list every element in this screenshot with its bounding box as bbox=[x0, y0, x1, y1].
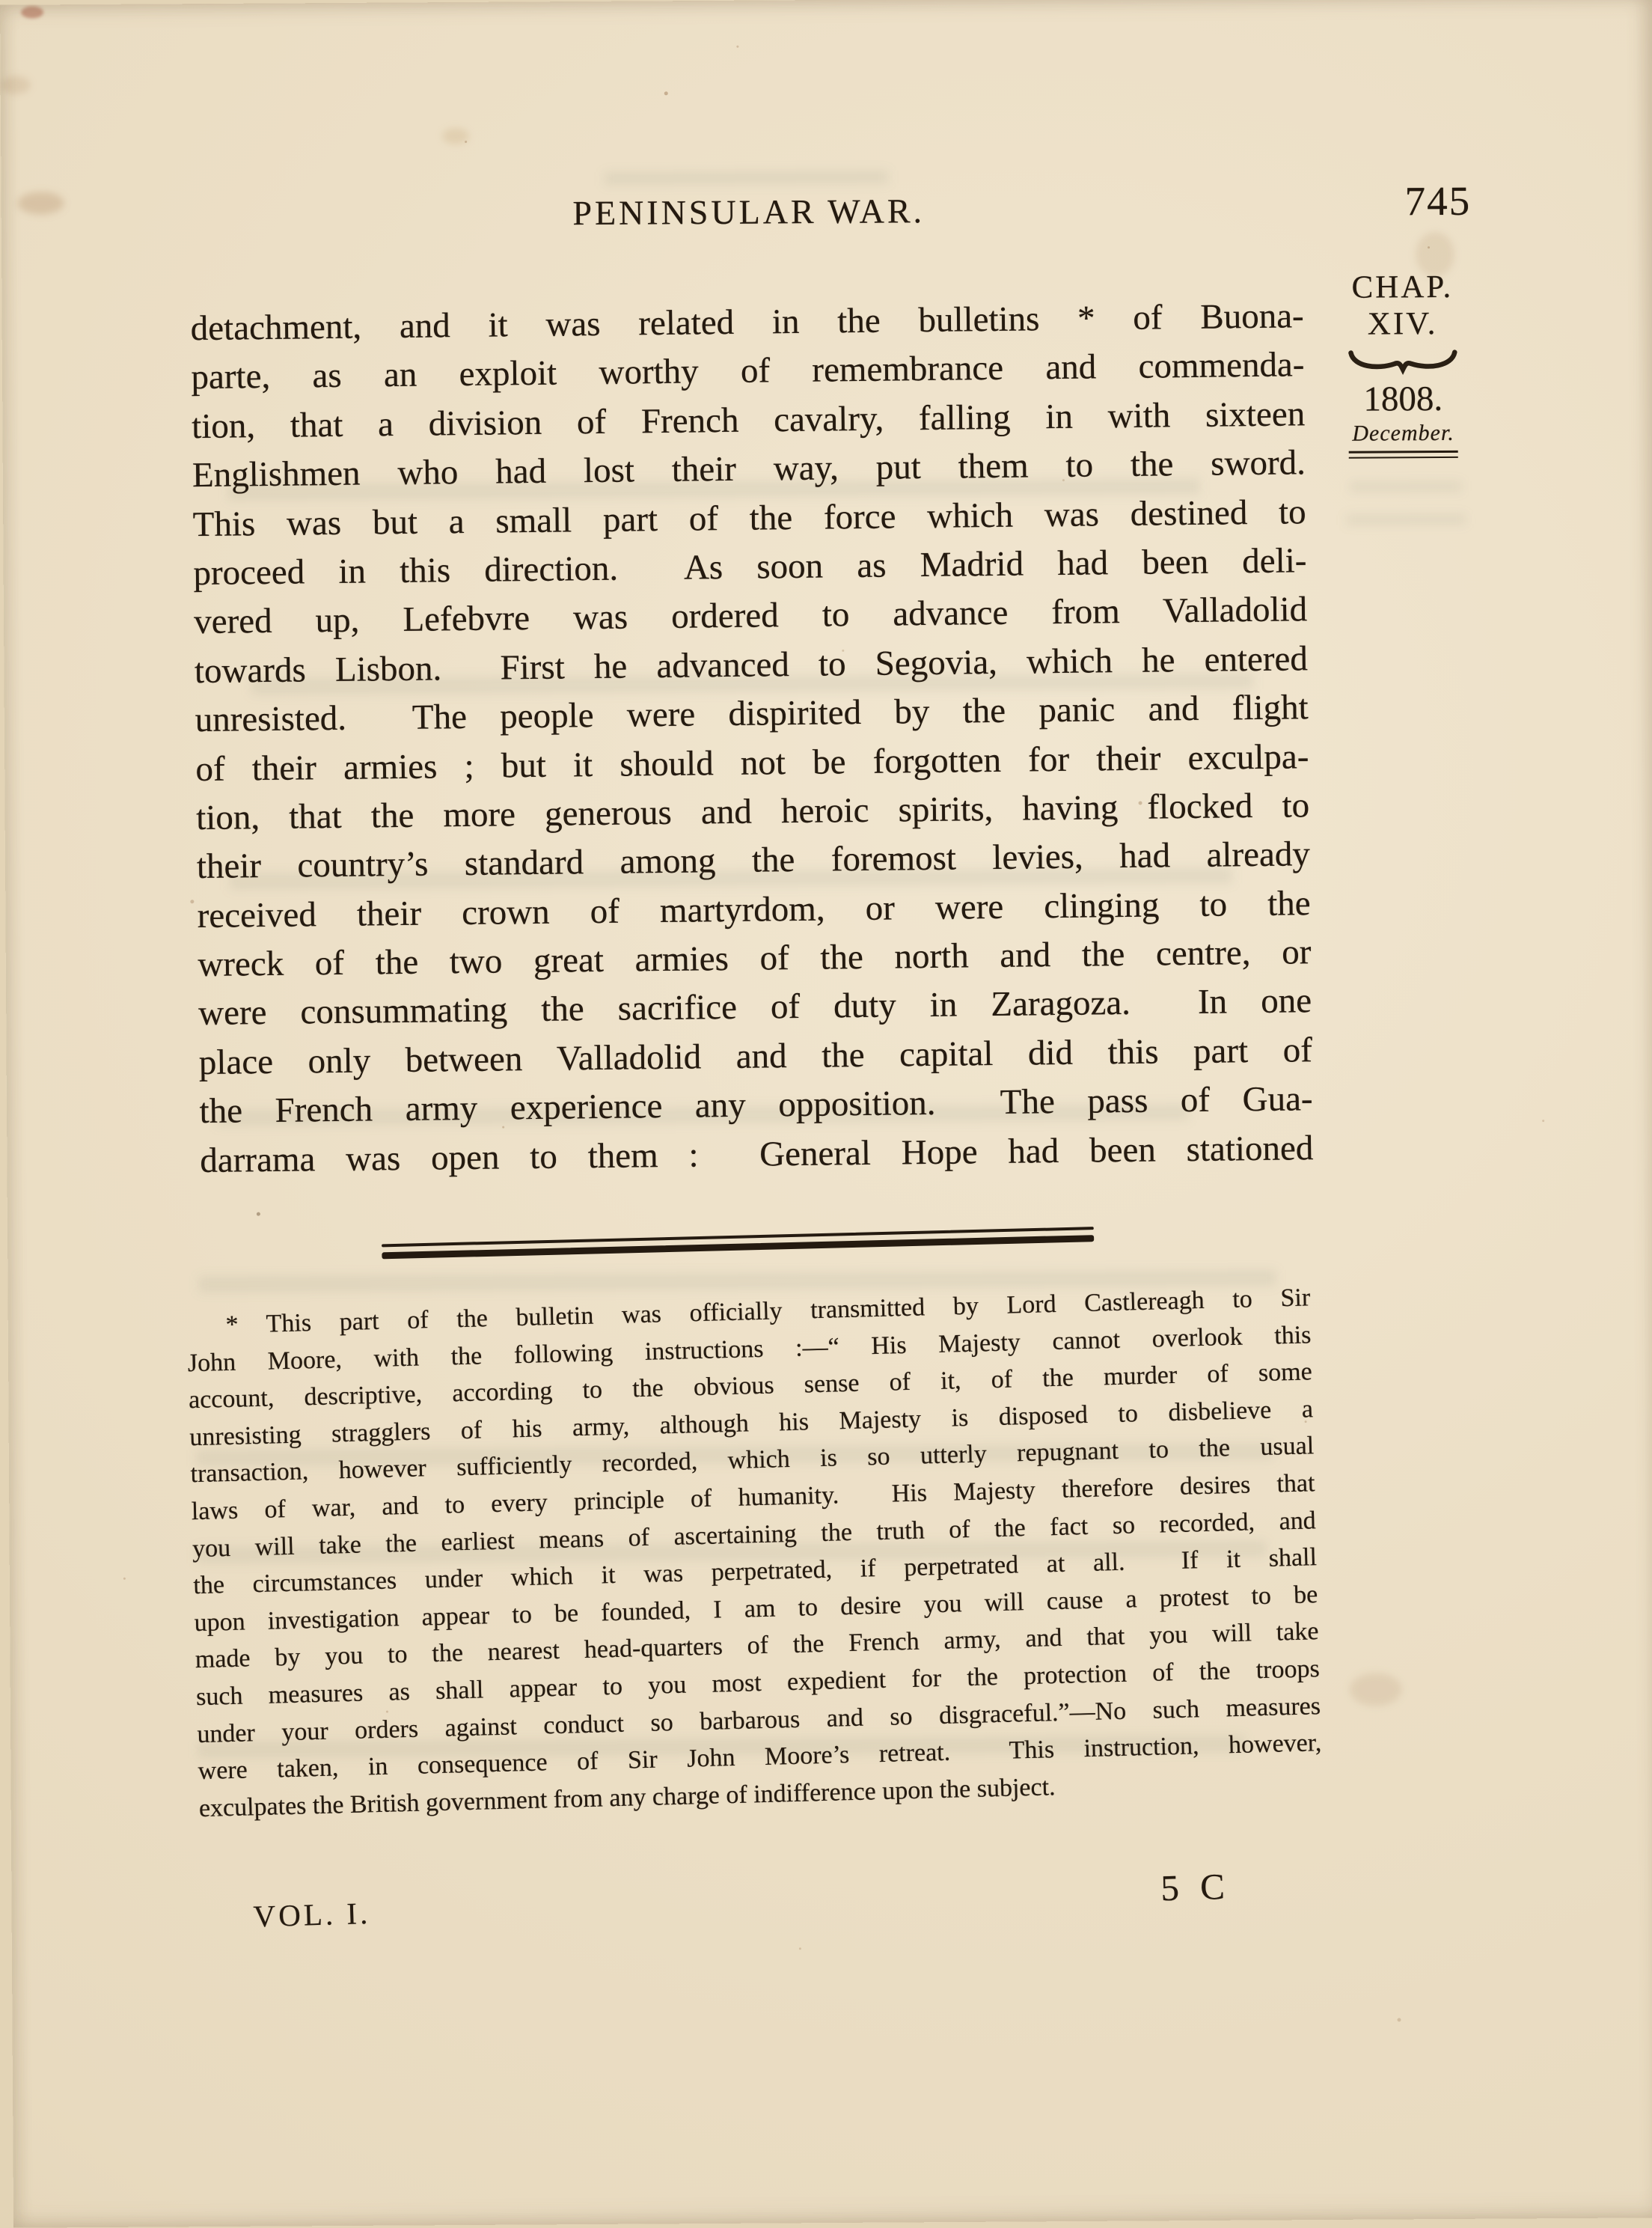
margin-note-rule bbox=[1349, 451, 1458, 459]
chapter-label: CHAP. bbox=[1338, 269, 1466, 307]
chapter-number: XIV. bbox=[1339, 306, 1467, 343]
book-page: PENINSULAR WAR. 745 CHAP. XIV. 1808. Dec… bbox=[0, 0, 1652, 2223]
show-through-mark bbox=[1346, 514, 1466, 525]
paper-stain bbox=[442, 128, 469, 144]
page-number: 745 bbox=[1404, 177, 1471, 225]
body-text: detachment, and it was related in the bu… bbox=[190, 292, 1313, 1185]
month-label: December. bbox=[1339, 420, 1467, 448]
signature-mark: 5 C bbox=[1160, 1865, 1232, 1910]
year-label: 1808. bbox=[1339, 378, 1467, 421]
show-through-mark bbox=[1350, 481, 1462, 492]
paper-stain bbox=[1350, 1673, 1402, 1706]
show-through-mark bbox=[604, 170, 888, 185]
paper-specks bbox=[0, 5, 2, 7]
page-title: PENINSULAR WAR. bbox=[192, 189, 1306, 235]
paper-stain bbox=[1, 76, 31, 94]
brace-icon bbox=[1347, 347, 1459, 377]
chapter-margin-note: CHAP. XIV. 1808. December. bbox=[1338, 269, 1468, 459]
separator-thick-rule bbox=[382, 1235, 1094, 1259]
paper-stain bbox=[21, 6, 43, 18]
footnote-separator bbox=[382, 1227, 1094, 1259]
paper-stain bbox=[18, 192, 64, 214]
footnote-text: * This part of the bulletin was official… bbox=[186, 1279, 1323, 1827]
volume-label: VOL. I. bbox=[253, 1895, 371, 1934]
